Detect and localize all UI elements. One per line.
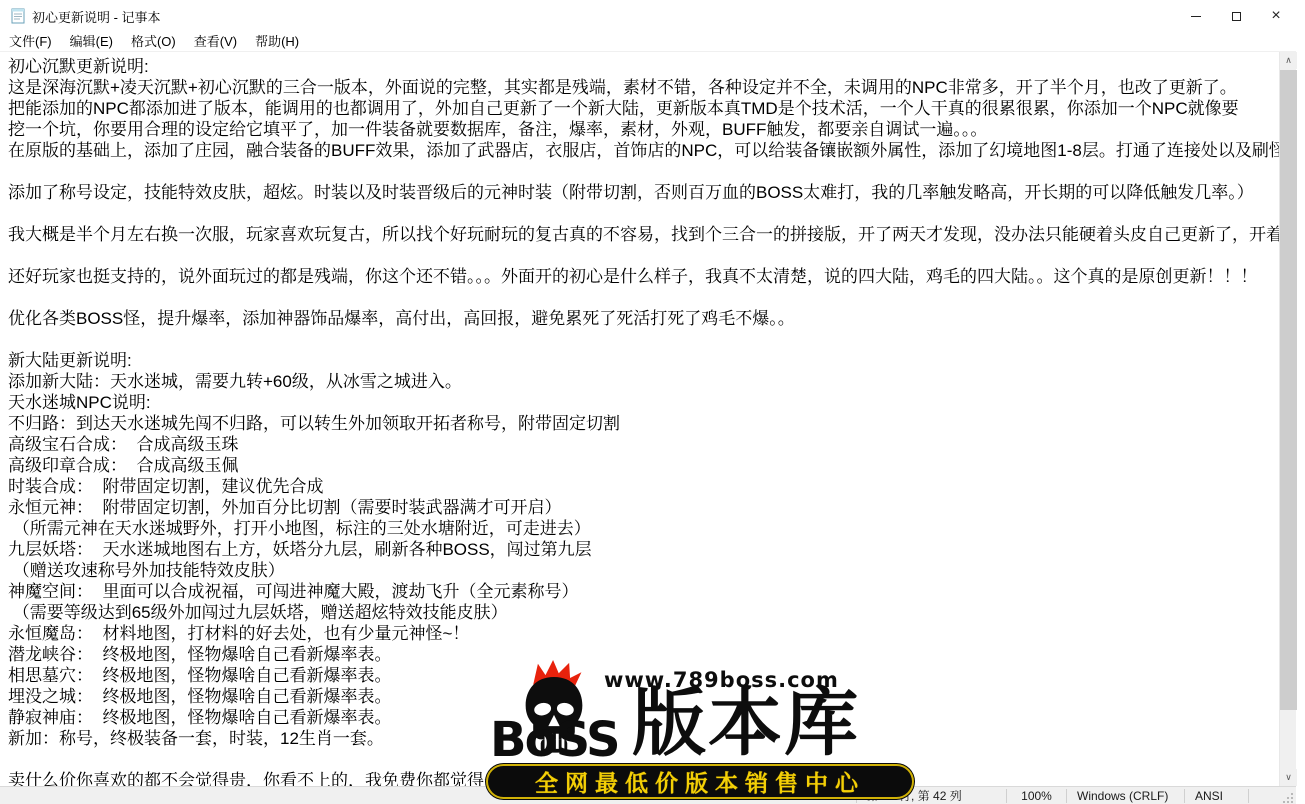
minimize-button[interactable] — [1176, 0, 1216, 32]
text-line — [8, 749, 1279, 770]
notepad-window: 初心更新说明 - 记事本 × 文件(F) 编辑(E) 格式(O) 查看(V) 帮… — [0, 0, 1296, 804]
text-line: 添加新大陆：天水迷城，需要九转+60级，从冰雪之城进入。 — [8, 371, 1279, 392]
text-editor-area[interactable]: 初心沉默更新说明:这是深海沉默+凌天沉默+初心沉默的三合一版本，外面说的完整，其… — [0, 52, 1279, 786]
text-line: 永恒元神： 附带固定切割，外加百分比切割（需要时装武器满才可开启） — [8, 497, 1279, 518]
status-bar: 第 35 行, 第 42 列 100% Windows (CRLF) ANSI — [0, 786, 1296, 804]
text-line — [8, 329, 1279, 350]
text-line: 在原版的基础上，添加了庄园，融合装备的BUFF效果，添加了武器店，衣服店，首饰店… — [8, 140, 1279, 161]
menu-edit[interactable]: 编辑(E) — [61, 32, 122, 52]
scrollbar-thumb[interactable] — [1280, 70, 1297, 710]
text-line: 我大概是半个月左右换一次服，玩家喜欢玩复古，所以找个好玩耐玩的复古真的不容易，找… — [8, 224, 1279, 245]
encoding: ANSI — [1184, 789, 1248, 803]
text-line: 不归路：到达天水迷城先闯不归路，可以转生外加领取开拓者称号，附带固定切割 — [8, 413, 1279, 434]
text-line: （所需元神在天水迷城野外，打开小地图，标注的三处水塘附近，可走进去） — [8, 518, 1279, 539]
text-line: 相思墓穴： 终极地图，怪物爆啥自己看新爆率表。 — [8, 665, 1279, 686]
cursor-position: 第 35 行, 第 42 列 — [856, 789, 1006, 803]
text-line: 潜龙峡谷： 终极地图，怪物爆啥自己看新爆率表。 — [8, 644, 1279, 665]
menu-file[interactable]: 文件(F) — [0, 32, 61, 52]
text-line: 优化各类BOSS怪，提升爆率，添加神器饰品爆率，高付出，高回报，避免累死了死活打… — [8, 308, 1279, 329]
resize-grip-icon[interactable] — [1282, 792, 1294, 804]
text-line: 天水迷城NPC说明: — [8, 392, 1279, 413]
close-button[interactable]: × — [1256, 0, 1296, 32]
minimize-icon — [1191, 16, 1201, 17]
text-line: 高级印章合成： 合成高级玉佩 — [8, 455, 1279, 476]
title-bar[interactable]: 初心更新说明 - 记事本 × — [0, 0, 1296, 32]
text-line: （需要等级达到65级外加闯过九层妖塔，赠送超炫特效技能皮肤） — [8, 602, 1279, 623]
text-line: 九层妖塔： 天水迷城地图右上方，妖塔分九层，刷新各种BOSS，闯过第九层 — [8, 539, 1279, 560]
text-line: 神魔空间： 里面可以合成祝福，可闯进神魔大殿，渡劫飞升（全元素称号） — [8, 581, 1279, 602]
maximize-icon — [1232, 12, 1241, 21]
menu-bar: 文件(F) 编辑(E) 格式(O) 查看(V) 帮助(H) — [0, 32, 1296, 52]
window-title: 初心更新说明 - 记事本 — [32, 7, 161, 26]
close-icon: × — [1271, 8, 1280, 24]
text-line: 埋没之城： 终极地图，怪物爆啥自己看新爆率表。 — [8, 686, 1279, 707]
line-ending: Windows (CRLF) — [1066, 789, 1184, 803]
menu-format[interactable]: 格式(O) — [122, 32, 185, 52]
text-line: 永恒魔岛： 材料地图，打材料的好去处，也有少量元神怪~！ — [8, 623, 1279, 644]
zoom-level: 100% — [1006, 789, 1066, 803]
scroll-down-icon[interactable]: ∨ — [1280, 769, 1297, 786]
text-lines: 初心沉默更新说明:这是深海沉默+凌天沉默+初心沉默的三合一版本，外面说的完整，其… — [0, 52, 1279, 786]
vertical-scrollbar[interactable]: ∧ ∨ — [1279, 52, 1296, 786]
text-line: 卖什么价你喜欢的都不会觉得贵，你看不上的，我免费你都觉得是垃圾， — [8, 770, 1279, 786]
scroll-up-icon[interactable]: ∧ — [1280, 52, 1297, 69]
text-line: 时装合成： 附带固定切割，建议优先合成 — [8, 476, 1279, 497]
text-line — [8, 161, 1279, 182]
text-line — [8, 287, 1279, 308]
text-line — [8, 245, 1279, 266]
notepad-icon — [10, 8, 26, 24]
text-line — [8, 203, 1279, 224]
text-line: 还好玩家也挺支持的，说外面玩过的都是残端，你这个还不错。。。外面开的初心是什么样… — [8, 266, 1279, 287]
text-line: 初心沉默更新说明: — [8, 56, 1279, 77]
text-line: 新大陆更新说明: — [8, 350, 1279, 371]
window-controls: × — [1176, 0, 1296, 32]
text-line: 添加了称号设定，技能特效皮肤，超炫。时装以及时装晋级后的元神时装（附带切割，否则… — [8, 182, 1279, 203]
text-line: （赠送攻速称号外加技能特效皮肤） — [8, 560, 1279, 581]
text-line: 新加：称号，终极装备一套，时装，12生肖一套。 — [8, 728, 1279, 749]
text-line: 把能添加的NPC都添加进了版本，能调用的也都调用了，外加自己更新了一个新大陆，更… — [8, 98, 1279, 119]
text-line: 高级宝石合成： 合成高级玉珠 — [8, 434, 1279, 455]
status-end-cell — [1248, 789, 1296, 803]
maximize-button[interactable] — [1216, 0, 1256, 32]
text-line: 这是深海沉默+凌天沉默+初心沉默的三合一版本，外面说的完整，其实都是残端，素材不… — [8, 77, 1279, 98]
text-line: 挖一个坑，你要用合理的设定给它填平了，加一件装备就要数据库，备注，爆率，素材，外… — [8, 119, 1279, 140]
menu-view[interactable]: 查看(V) — [185, 32, 246, 52]
menu-help[interactable]: 帮助(H) — [246, 32, 308, 52]
text-line: 静寂神庙： 终极地图，怪物爆啥自己看新爆率表。 — [8, 707, 1279, 728]
